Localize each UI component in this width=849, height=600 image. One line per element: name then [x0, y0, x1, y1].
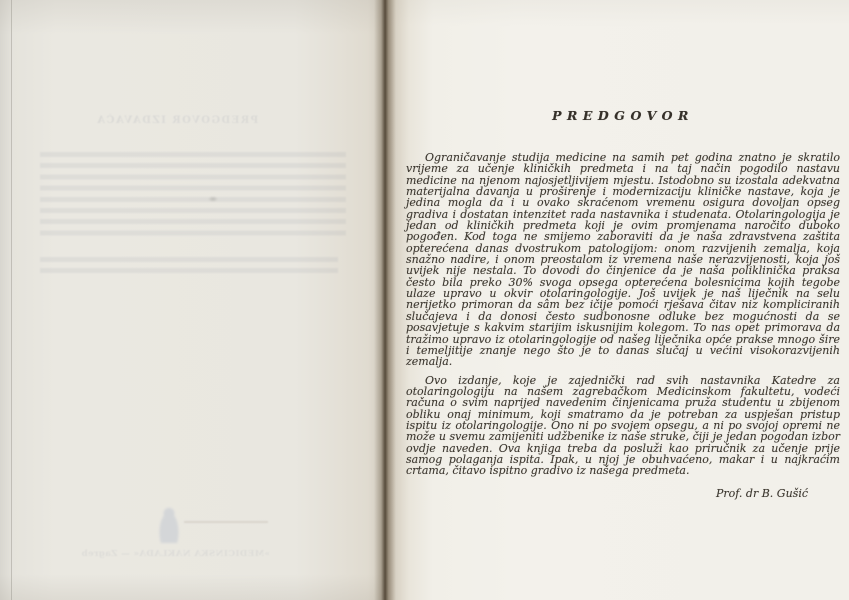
- scan-smudge: [208, 196, 218, 202]
- showthrough-title: PREDGOVOR IZDAVAČA: [92, 115, 262, 126]
- left-page: PREDGOVOR IZDAVAČA »MEDICINSKA NAKLADA« …: [0, 0, 385, 600]
- preface-paragraph-1: Ograničavanje studija medicine na samih …: [406, 152, 840, 368]
- page-title: PREDGOVOR: [406, 108, 840, 123]
- emblem-rule-line: [184, 521, 268, 523]
- preface-text-column: PREDGOVOR Ograničavanje studija medicine…: [406, 108, 840, 500]
- showthrough-paragraph-block-2: [40, 257, 338, 279]
- publisher-emblem-icon: [156, 505, 182, 543]
- spine-gutter: [374, 0, 396, 600]
- author-signature: Prof. dr B. Gušić: [406, 487, 840, 500]
- showthrough-imprint: »MEDICINSKA NAKLADA« — Zagreb: [26, 549, 270, 559]
- book-spread: PREDGOVOR IZDAVAČA »MEDICINSKA NAKLADA« …: [0, 0, 849, 600]
- page-edge-line: [11, 0, 12, 600]
- showthrough-paragraph-block-1: [40, 152, 346, 241]
- preface-paragraph-2: Ovo izdanje, koje je zajednički rad svih…: [406, 375, 840, 477]
